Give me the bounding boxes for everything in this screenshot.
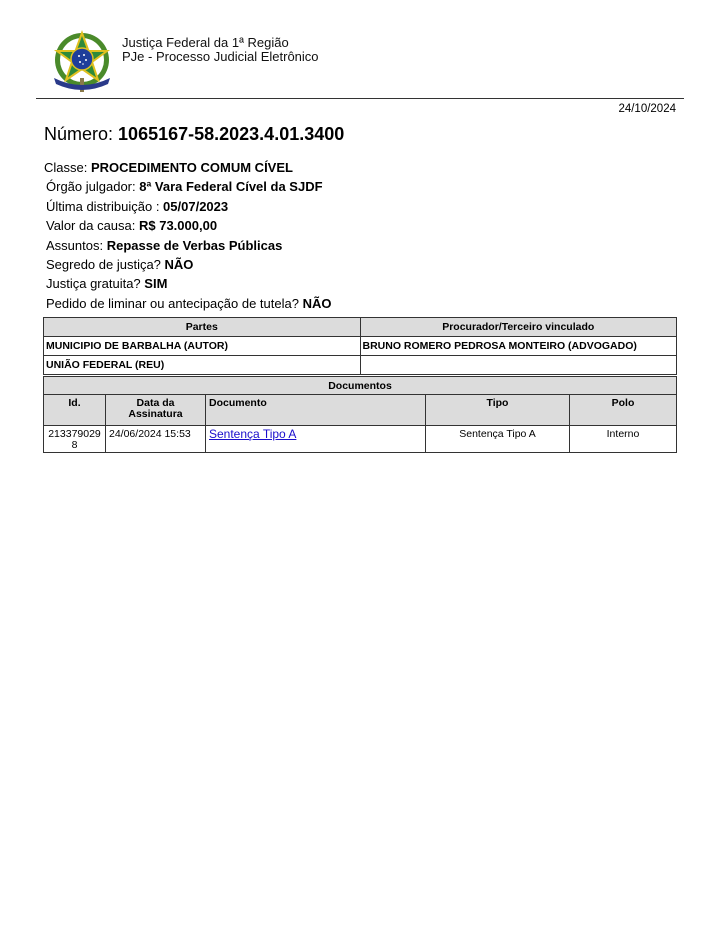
procurador-name: [360, 356, 677, 375]
process-number-value: 1065167-58.2023.4.01.3400: [118, 124, 344, 144]
doc-polo: Interno: [570, 426, 677, 453]
process-details: Classe: PROCEDIMENTO COMUM CÍVEL Órgão j…: [44, 158, 331, 313]
field-value: 05/07/2023: [163, 199, 228, 214]
doc-id-line2: 8: [47, 440, 102, 451]
col-procurador: Procurador/Terceiro vinculado: [360, 318, 677, 337]
documentos-title: Documentos: [44, 377, 677, 395]
field-label: Última distribuição :: [46, 199, 163, 214]
doc-documento-cell: Sentença Tipo A: [206, 426, 426, 453]
procurador-name: BRUNO ROMERO PEDROSA MONTEIRO (ADVOGADO): [360, 337, 677, 356]
doc-data: 24/06/2024 15:53: [106, 426, 206, 453]
process-number-label: Número:: [44, 124, 113, 144]
partes-table: Partes Procurador/Terceiro vinculado MUN…: [43, 317, 677, 375]
system-name: PJe - Processo Judicial Eletrônico: [122, 50, 319, 64]
parte-name: MUNICIPIO DE BARBALHA (AUTOR): [44, 337, 361, 356]
field-label: Órgão julgador:: [46, 179, 139, 194]
field-value: R$ 73.000,00: [139, 218, 217, 233]
doc-id: 213379029 8: [44, 426, 106, 453]
field-value: SIM: [144, 276, 167, 291]
field-value: Repasse de Verbas Públicas: [107, 238, 283, 253]
field-label: Valor da causa:: [46, 218, 139, 233]
field-ultima-distribuicao: Última distribuição : 05/07/2023: [44, 197, 331, 216]
col-partes: Partes: [44, 318, 361, 337]
documentos-table: Documentos Id. Data da Assinatura Docume…: [43, 376, 677, 453]
field-label: Segredo de justiça?: [46, 257, 165, 272]
field-orgao-julgador: Órgão julgador: 8ª Vara Federal Cível da…: [44, 177, 331, 196]
parte-name: UNIÃO FEDERAL (REU): [44, 356, 361, 375]
field-justica-gratuita: Justiça gratuita? SIM: [44, 274, 331, 293]
field-label: Justiça gratuita?: [46, 276, 144, 291]
field-value: 8ª Vara Federal Cível da SJDF: [139, 179, 322, 194]
table-row: 213379029 8 24/06/2024 15:53 Sentença Ti…: [44, 426, 677, 453]
page-header: Justiça Federal da 1ª Região PJe - Proce…: [48, 28, 648, 98]
header-divider: [36, 98, 684, 99]
field-classe: Classe: PROCEDIMENTO COMUM CÍVEL: [44, 158, 331, 177]
table-row: MUNICIPIO DE BARBALHA (AUTOR) BRUNO ROME…: [44, 337, 677, 356]
col-data-assinatura: Data da Assinatura: [106, 395, 206, 426]
field-label: Pedido de liminar ou antecipação de tute…: [46, 296, 303, 311]
field-value: NÃO: [165, 257, 194, 272]
field-value: NÃO: [303, 296, 332, 311]
print-date: 24/10/2024: [618, 103, 676, 115]
field-pedido-liminar: Pedido de liminar ou antecipação de tute…: [44, 294, 331, 313]
brazil-coat-of-arms-icon: [50, 30, 114, 96]
col-tipo: Tipo: [426, 395, 570, 426]
field-segredo-justica: Segredo de justiça? NÃO: [44, 255, 331, 274]
field-assuntos: Assuntos: Repasse de Verbas Públicas: [44, 236, 331, 255]
process-number: Número: 1065167-58.2023.4.01.3400: [44, 124, 344, 145]
col-documento: Documento: [206, 395, 426, 426]
field-value: PROCEDIMENTO COMUM CÍVEL: [91, 160, 293, 175]
document-link[interactable]: Sentença Tipo A: [209, 427, 296, 441]
col-id: Id.: [44, 395, 106, 426]
table-row: UNIÃO FEDERAL (REU): [44, 356, 677, 375]
doc-tipo: Sentença Tipo A: [426, 426, 570, 453]
field-label: Assuntos:: [46, 238, 107, 253]
field-valor-causa: Valor da causa: R$ 73.000,00: [44, 216, 331, 235]
field-label: Classe:: [44, 160, 91, 175]
col-data-line2: Assinatura: [109, 409, 202, 420]
col-polo: Polo: [570, 395, 677, 426]
org-name: Justiça Federal da 1ª Região: [122, 36, 319, 50]
